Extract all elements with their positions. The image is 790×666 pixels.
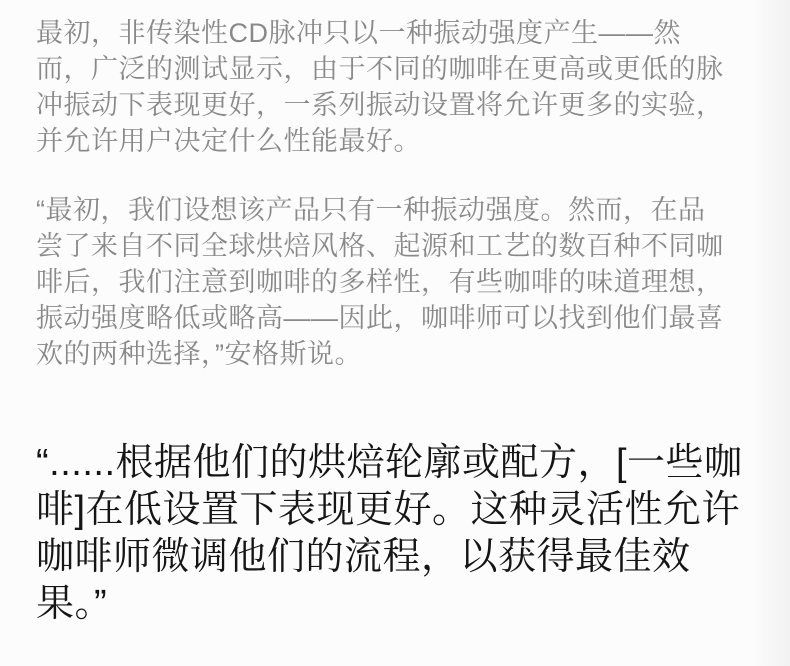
paragraph-pullquote: “......根据他们的烘焙轮廓或配方，[一些咖 啡]在低设置下表现更好。这种灵… [36,440,760,628]
text-line: 啡]在低设置下表现更好。这种灵活性允许 [36,487,760,534]
paragraph-angus-quote: “最初，我们设想该产品只有一种振动强度。然而，在品 尝了来自不同全球烘焙风格、起… [36,192,760,372]
text-line: 欢的两种选择，”安格斯说。 [36,336,760,372]
text-line: 咖啡师微调他们的流程，以获得最佳效 [36,534,760,581]
text-line: 最初，非传染性CD脉冲只以一种振动强度产生——然 [36,15,760,51]
text-line: 尝了来自不同全球烘焙风格、起源和工艺的数百种不同咖 [36,228,760,264]
text-line: “最初，我们设想该产品只有一种振动强度。然而，在品 [36,192,760,228]
text-line: 冲振动下表现更好，一系列振动设置将允许更多的实验， [36,87,760,123]
article-page: 最初，非传染性CD脉冲只以一种振动强度产生——然 而，广泛的测试显示，由于不同的… [0,0,790,666]
text-line: 而，广泛的测试显示，由于不同的咖啡在更高或更低的脉 [36,51,760,87]
text-line: 啡后，我们注意到咖啡的多样性，有些咖啡的味道理想， [36,264,760,300]
paragraph-intro: 最初，非传染性CD脉冲只以一种振动强度产生——然 而，广泛的测试显示，由于不同的… [36,15,760,159]
text-line: 振动强度略低或略高——因此，咖啡师可以找到他们最喜 [36,300,760,336]
text-line: “......根据他们的烘焙轮廓或配方，[一些咖 [36,440,760,487]
text-line: 果。” [36,581,760,628]
text-line: 并允许用户决定什么性能最好。 [36,123,760,159]
